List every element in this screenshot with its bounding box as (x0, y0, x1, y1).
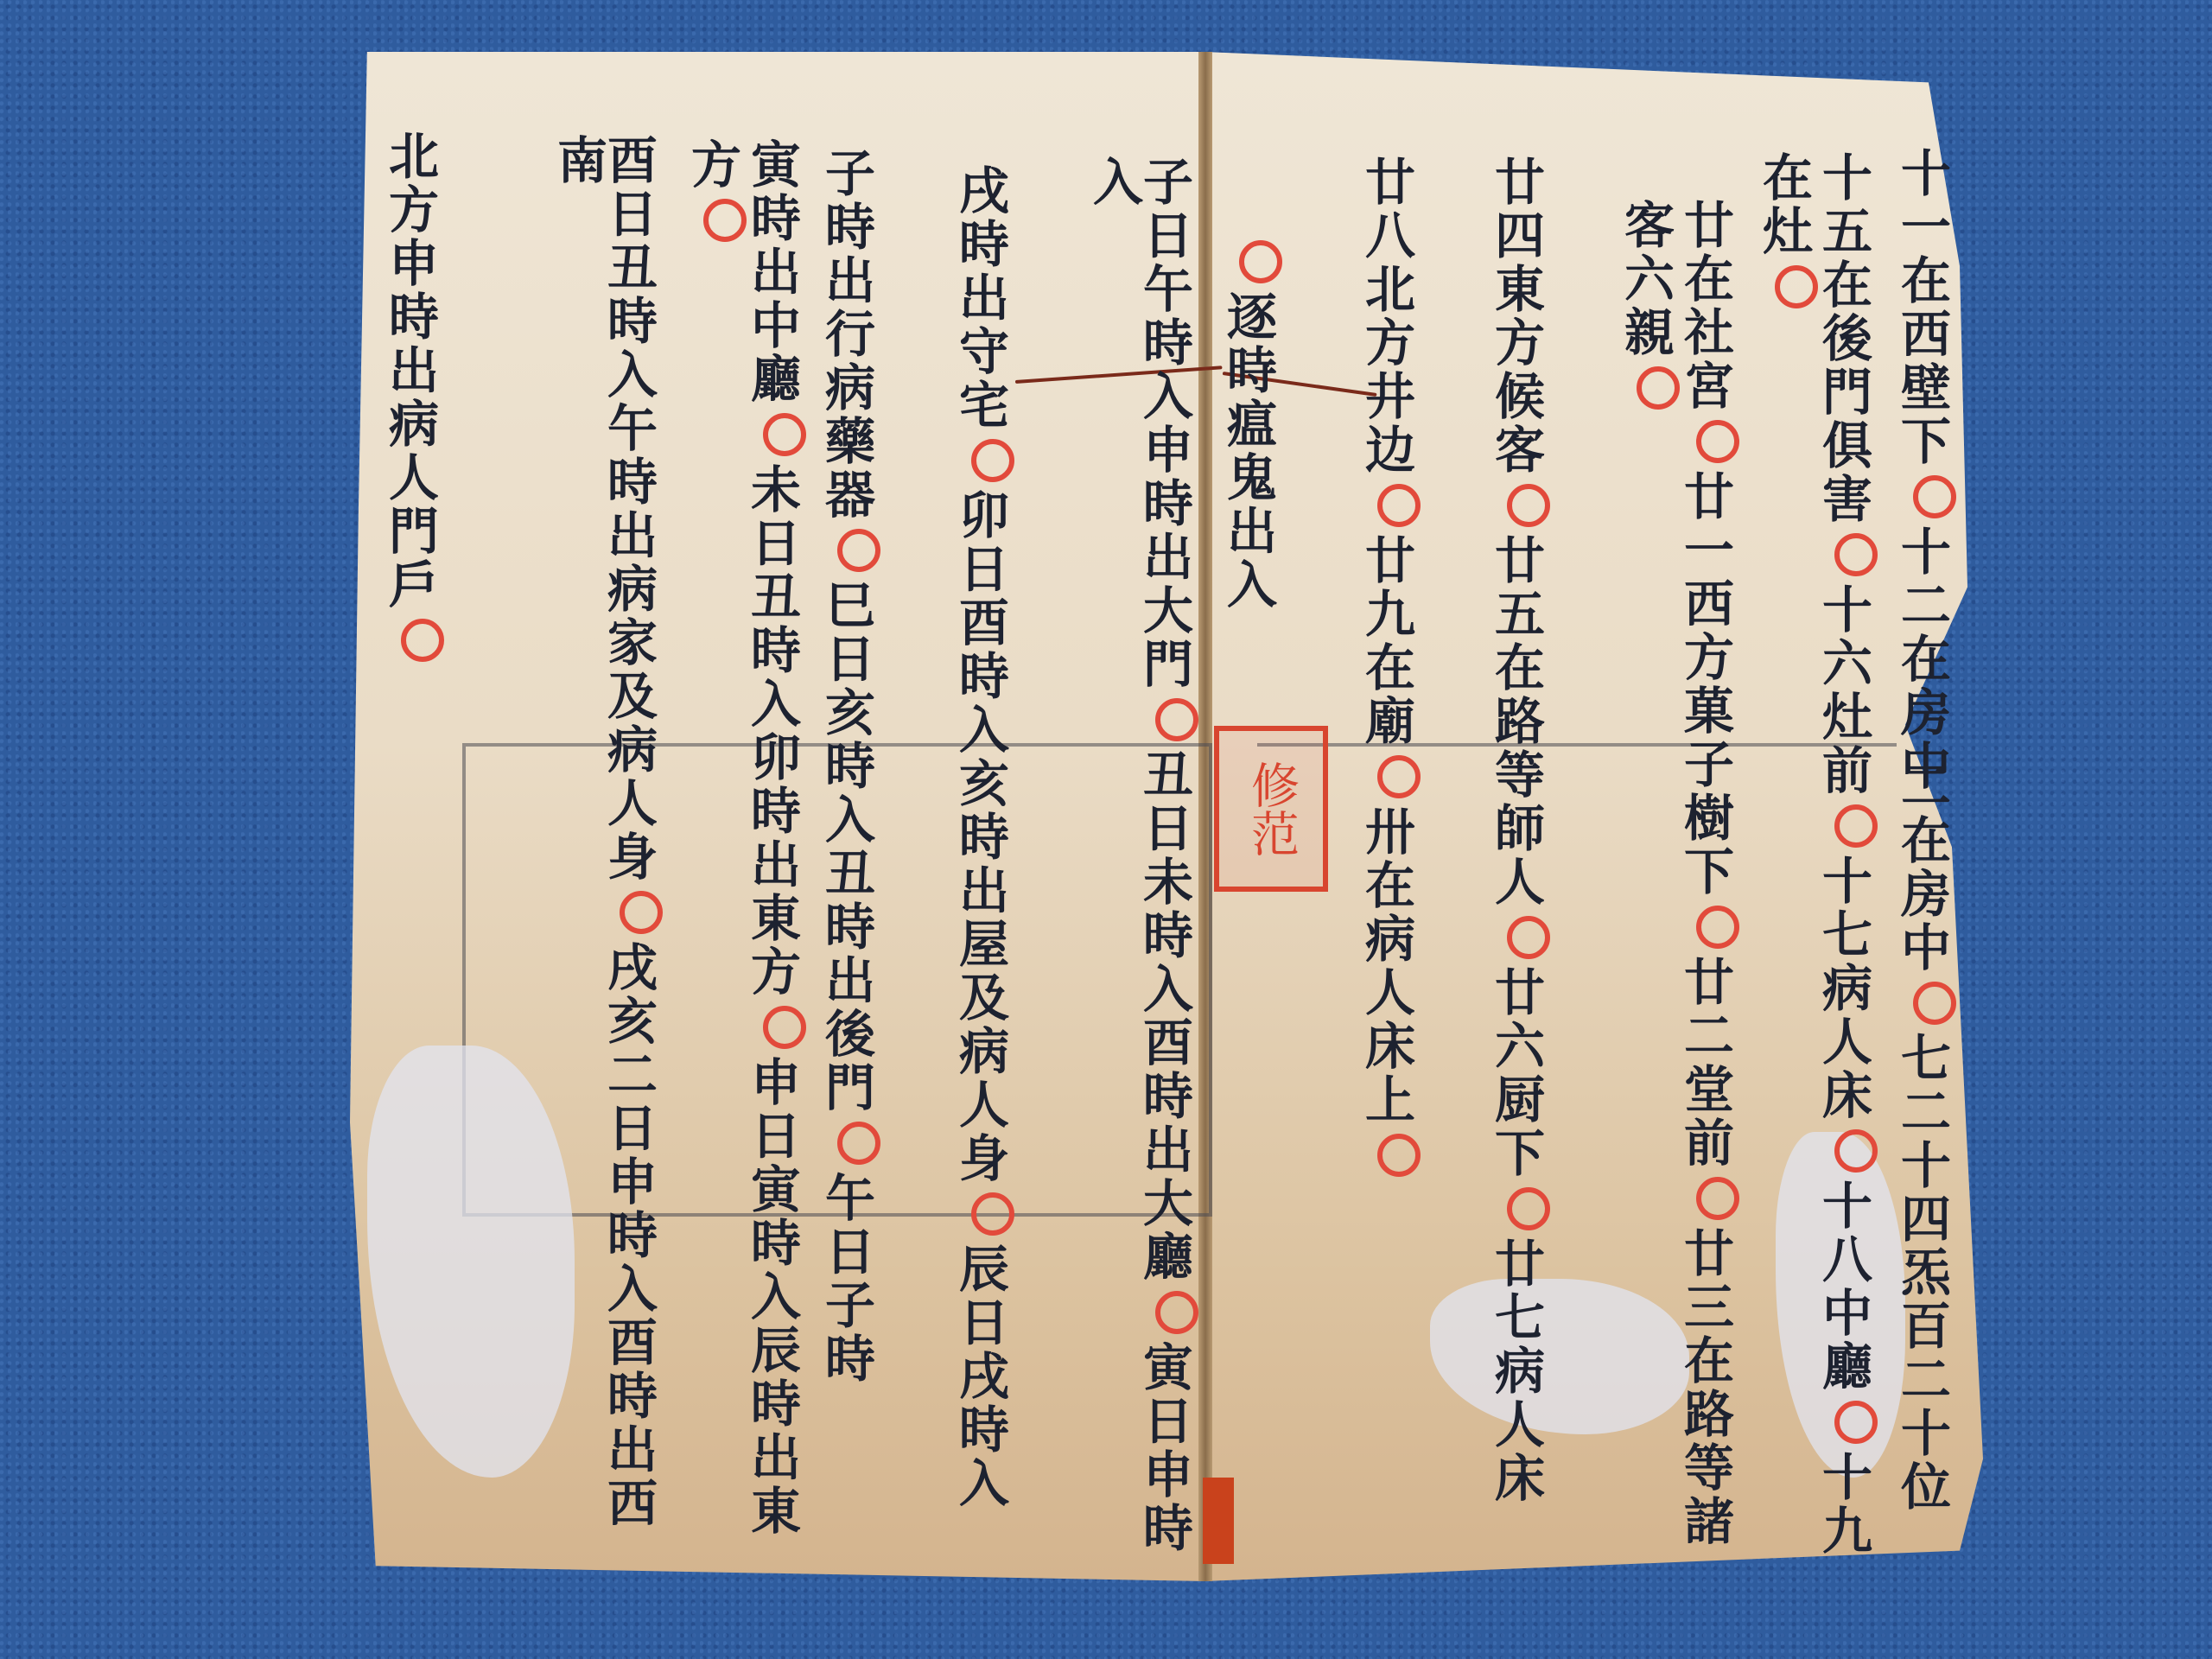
red-circle-mark (837, 1122, 880, 1165)
text-column: 十五在後門俱害十六灶前十七病人床十八中廳十九在灶 (1758, 151, 1878, 1581)
red-circle-mark (1834, 533, 1878, 576)
red-circle-mark (1377, 1134, 1421, 1177)
red-circle-mark (1913, 475, 1956, 518)
red-circle-mark (1507, 484, 1550, 527)
red-circle-mark (1834, 804, 1878, 848)
red-circle-mark (703, 199, 747, 242)
red-circle-mark (1377, 755, 1421, 798)
red-circle-mark (1155, 1291, 1198, 1334)
text-column: 子日午時入申時出大門丑日未時入酉時出大廳寅日申時入 (1089, 156, 1198, 1581)
text-column: 廿四東方候客廿五在路等師人廿六厨下廿七病人床 (1491, 156, 1550, 1505)
red-circle-mark (971, 439, 1014, 482)
red-circle-mark (1377, 484, 1421, 527)
text-column: 寅時出中廳未日丑時入卯時出東方申日寅時入辰時出東方 (687, 138, 806, 1581)
red-circle-mark (1913, 982, 1956, 1025)
text-column: 十一在西壁下十二在房中 (1897, 147, 1956, 793)
red-circle-mark (1775, 265, 1818, 308)
red-circle-mark (1696, 906, 1739, 949)
text-column-edge-fragment: 二在房中七二十四炁百二十位 (1897, 760, 1956, 1514)
red-circle-mark (620, 891, 663, 934)
red-circle-mark (1507, 1187, 1550, 1230)
red-circle-mark (1834, 1401, 1878, 1444)
text-column: 逐時瘟鬼出入 (1223, 233, 1282, 612)
red-circle-mark (1507, 916, 1550, 959)
red-circle-mark (1155, 698, 1198, 741)
red-circle-mark (401, 619, 444, 662)
red-circle-mark (1239, 240, 1282, 283)
red-circle-mark (763, 413, 806, 456)
red-circle-mark (971, 1192, 1014, 1236)
red-seal-stamp: 修范 (1214, 726, 1328, 892)
red-circle-mark (1637, 366, 1680, 410)
red-circle-mark (837, 529, 880, 572)
text-column: 廿在社宮廿一西方菓子樹下廿二堂前廿三在路等諸客六親 (1620, 199, 1739, 1581)
manuscript-book: 十一在西壁下十二在房中 二在房中七二十四炁百二十位 十五在後門俱害十六灶前十七病… (350, 52, 1983, 1581)
red-circle-mark (1696, 420, 1739, 463)
text-column: 酉日丑時入午時出病家及病人身戌亥二日申時入酉時出西南 (553, 134, 663, 1581)
red-circle-mark (1696, 1177, 1739, 1220)
spine-red-binding (1203, 1478, 1234, 1564)
text-column: 子時出行病藥器巳日亥時入丑時出後門午日子時 (821, 147, 880, 1386)
text-column: 北方申時出病人門戶 (385, 130, 444, 669)
text-column: 戌時出守宅卯日酉時入亥時出屋及病人身辰日戌時入 (955, 164, 1014, 1510)
red-circle-mark (1834, 1129, 1878, 1173)
text-column: 廿八北方井边廿九在廟卅在病人床上 (1361, 156, 1421, 1184)
red-circle-mark (763, 1006, 806, 1049)
